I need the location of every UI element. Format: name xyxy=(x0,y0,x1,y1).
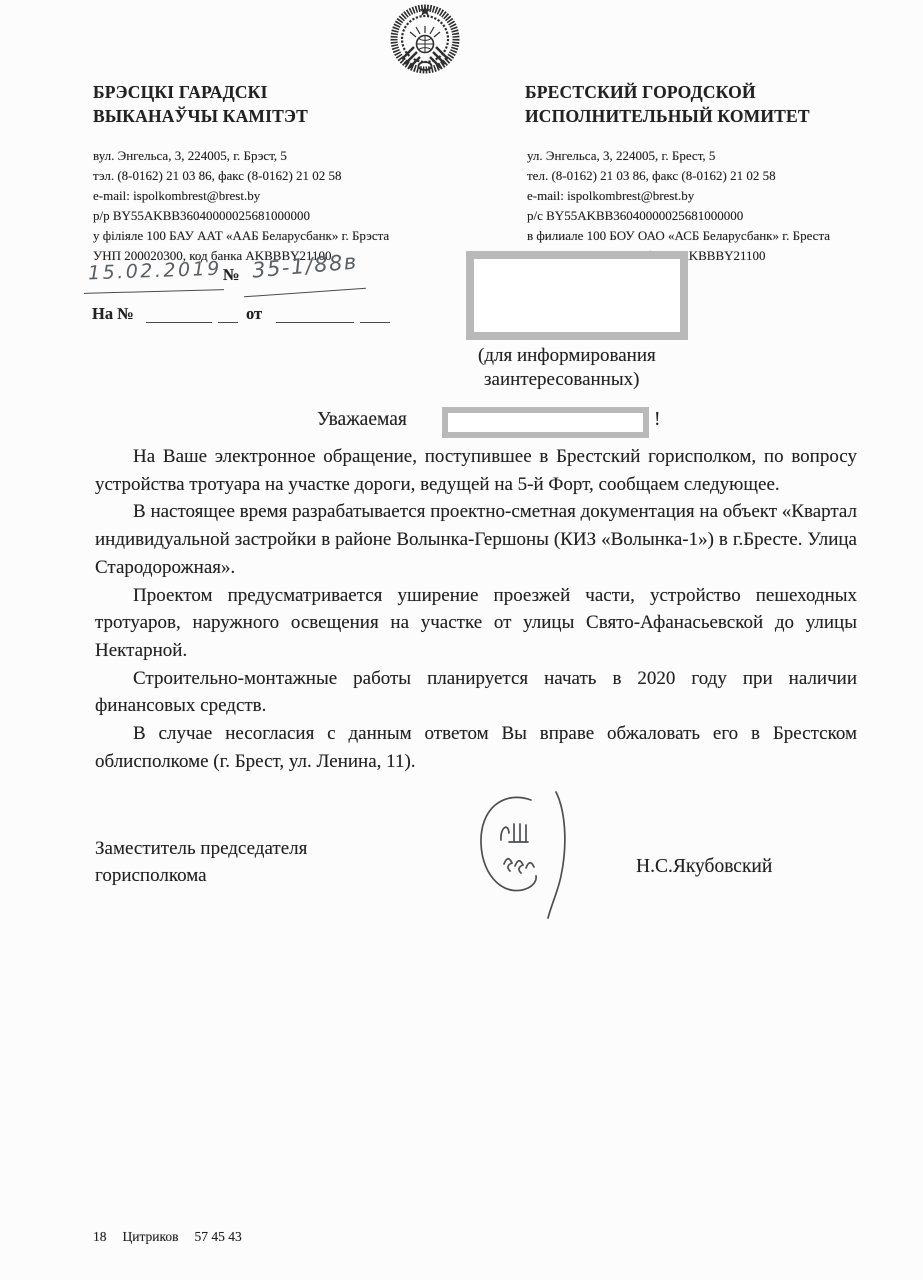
org-title-by-line1: БРЭСЦКІ ГАРАДСКІ xyxy=(93,80,308,104)
reply-number-label: На № xyxy=(92,304,134,324)
body-paragraph: Строительно-монтажные работы планируется… xyxy=(95,665,857,720)
org-title-by-line2: ВЫКАНАЎЧЫ КАМІТЭТ xyxy=(93,104,308,128)
org-title-belarusian: БРЭСЦКІ ГАРАДСКІ ВЫКАНАЎЧЫ КАМІТЭТ xyxy=(93,80,308,128)
signature-position-line2: горисполкома xyxy=(95,862,307,889)
salutation-exclamation: ! xyxy=(654,409,661,431)
redaction-box-recipient-address xyxy=(466,251,688,340)
body-paragraph: Проектом предусматривается уширение прое… xyxy=(95,582,857,665)
signature-position-line1: Заместитель председателя xyxy=(95,835,307,862)
address-line: e-mail: ispolkombrest@brest.by xyxy=(527,186,830,206)
org-address-belarusian: вул. Энгельса, 3, 224005, г. Брэст, 5 тэ… xyxy=(93,146,389,266)
salutation-text: Уважаемая xyxy=(317,409,407,431)
footer-index: 18 xyxy=(93,1229,107,1245)
address-line: тел. (8-0162) 21 03 86, факс (8-0162) 21… xyxy=(527,166,830,186)
reply-number-underline xyxy=(146,322,212,323)
footer-phone: 57 45 43 xyxy=(195,1229,242,1245)
recipient-note-line1: (для информирования xyxy=(478,344,656,368)
address-line: тэл. (8-0162) 21 03 86, факс (8-0162) 21… xyxy=(93,166,389,186)
address-line: р/р BY55AKBB36040000025681000000 xyxy=(93,206,389,226)
body-paragraph: В настоящее время разрабатывается проект… xyxy=(95,498,857,581)
reply-from-underline-dash xyxy=(360,322,390,323)
address-line: вул. Энгельса, 3, 224005, г. Брэст, 5 xyxy=(93,146,389,166)
redaction-box-recipient-name xyxy=(442,407,649,438)
reply-from-label: от xyxy=(246,304,262,324)
footer-executor-name: Цитриков xyxy=(123,1229,179,1245)
signature-position: Заместитель председателя горисполкома xyxy=(95,835,307,889)
ref-number-sign: № xyxy=(223,265,240,285)
letter-body: На Ваше электронное обращение, поступивш… xyxy=(95,443,857,775)
address-line: в филиале 100 БОУ ОАО «АСБ Беларусбанк» … xyxy=(527,226,830,246)
date-underline xyxy=(84,289,224,294)
coat-of-arms-emblem-icon xyxy=(390,2,460,81)
body-paragraph: В случае несогласия с данным ответом Вы … xyxy=(95,720,857,775)
recipient-note-line2: заинтересованных) xyxy=(484,368,639,392)
body-paragraph: На Ваше электронное обращение, поступивш… xyxy=(95,443,857,498)
address-line: ул. Энгельса, 3, 224005, г. Брест, 5 xyxy=(527,146,830,166)
ref-date-handwritten: 15.02.2019 xyxy=(88,258,222,285)
number-underline xyxy=(244,288,366,298)
scanned-letter-page: БРЭСЦКІ ГАРАДСКІ ВЫКАНАЎЧЫ КАМІТЭТ вул. … xyxy=(0,0,923,1280)
executor-footer: 18 Цитриков 57 45 43 xyxy=(93,1229,242,1245)
address-line: у філіяле 100 БАУ ААТ «ААБ Беларусбанк» … xyxy=(93,226,389,246)
reply-from-underline xyxy=(276,322,354,323)
org-address-russian: ул. Энгельса, 3, 224005, г. Брест, 5 тел… xyxy=(527,146,830,266)
org-title-russian: БРЕСТСКИЙ ГОРОДСКОЙ ИСПОЛНИТЕЛЬНЫЙ КОМИТ… xyxy=(525,80,810,128)
address-line: р/с BY55AKBB36040000025681000000 xyxy=(527,206,830,226)
address-line: e-mail: ispolkombrest@brest.by xyxy=(93,186,389,206)
reply-number-underline-dash xyxy=(218,322,238,323)
signature-name: Н.С.Якубовский xyxy=(636,856,772,878)
org-title-ru-line2: ИСПОЛНИТЕЛЬНЫЙ КОМИТЕТ xyxy=(525,104,810,128)
handwritten-signature-icon xyxy=(468,788,598,928)
org-title-ru-line1: БРЕСТСКИЙ ГОРОДСКОЙ xyxy=(525,80,810,104)
